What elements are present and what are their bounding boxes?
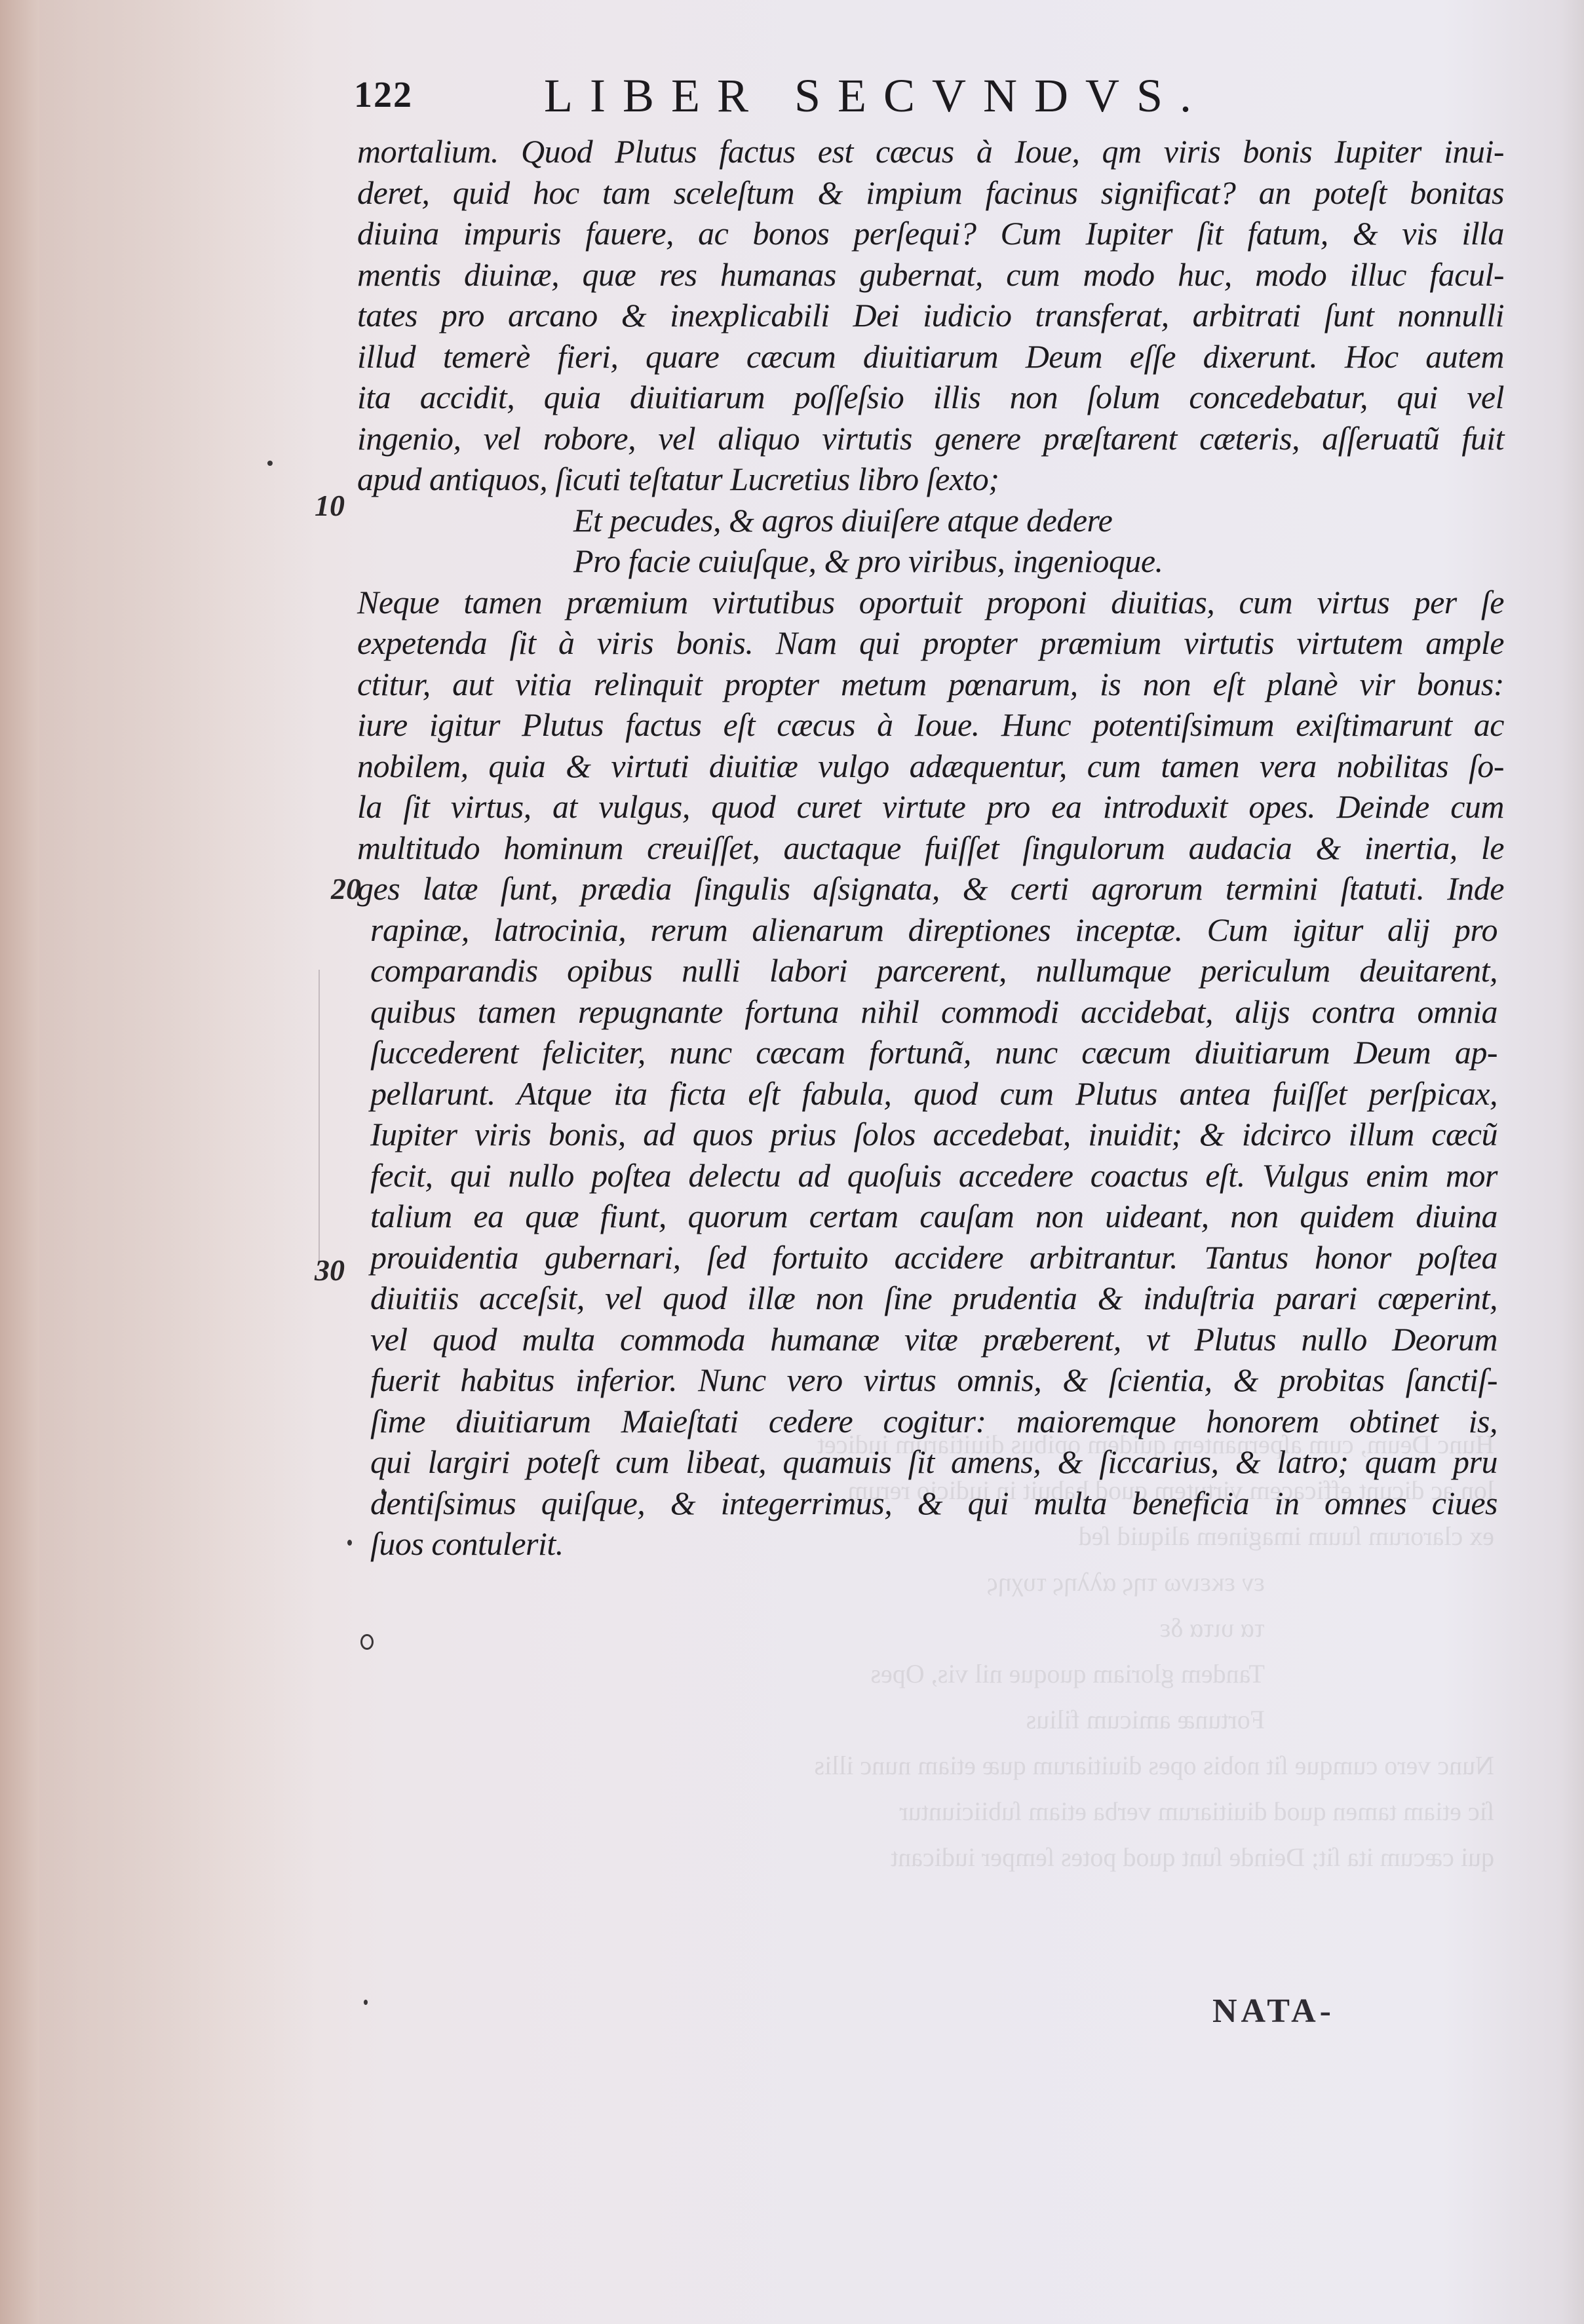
bleed-line: Nunc vero cumque ſit nobis opes diuitiar… — [367, 1743, 1494, 1789]
text-line: prouidentia gubernari, ſed fortuito acci… — [357, 1237, 1497, 1278]
text-line: ingenio, vel robore, vel aliquo virtutis… — [357, 418, 1504, 459]
verse-line: Pro facie cuiuſque, & pro viribus, ingen… — [357, 541, 1504, 582]
text-line: ſuos contulerit. — [357, 1523, 1497, 1565]
page-edge-shadow — [0, 0, 39, 2324]
bleed-line: εν εκεινω της αλλης τυχης — [367, 1559, 1494, 1605]
text-line: ſuccederent feliciter, nunc cæcam fortun… — [357, 1032, 1497, 1073]
text-line: dentiſsimus quiſque, & integerrimus, & q… — [357, 1483, 1497, 1524]
text-line: deret, quid hoc tam sceleſtum & impium f… — [357, 172, 1504, 214]
text-line: ſime diuitiarum Maieſtati cedere cogitur… — [357, 1401, 1497, 1442]
ink-speck — [360, 1634, 374, 1650]
page-body: mortalium. Quod Plutus factus est cæcus … — [357, 131, 1504, 1565]
text-line: ges latæ ſunt, prædia ſingulis aſsignata… — [357, 868, 1504, 909]
gutter-shading — [39, 0, 315, 2324]
text-line: Iupiter viris bonis, ad quos prius ſolos… — [357, 1114, 1497, 1155]
bleed-line: Tandem gloriam quoque nil vis, Opes — [367, 1651, 1494, 1697]
margin-line-number-30: 30 — [315, 1253, 345, 1287]
text-line: mortalium. Quod Plutus factus est cæcus … — [357, 131, 1504, 172]
text-line: Neque tamen præmium virtutibus oportuit … — [357, 582, 1504, 623]
text-line: iure igitur Plutus factus eſt cæcus à Io… — [357, 704, 1504, 746]
ink-speck — [364, 2000, 368, 2005]
text-line: mentis diuinæ, quæ res humanas gubernat,… — [357, 254, 1504, 295]
ink-speck — [347, 1540, 352, 1546]
margin-line-number-10: 10 — [315, 488, 345, 523]
text-line: diuitiis acceſsit, vel quod illæ non ſin… — [357, 1278, 1497, 1319]
text-line: rapinæ, latrocinia, rerum alienarum dire… — [357, 909, 1497, 951]
bleed-line: qui cæcum ita ſit; Deinde ſunt quod pote… — [367, 1835, 1494, 1880]
text-line: qui largiri poteſt cum libeat, quamuis ſ… — [357, 1441, 1497, 1483]
bleed-line: τα υιτα δε — [367, 1605, 1494, 1651]
ink-speck — [267, 461, 273, 466]
text-line: multitudo hominum creuiſſet, auctaque fu… — [357, 828, 1504, 869]
text-line: la ſit virtus, at vulgus, quod curet vir… — [357, 786, 1504, 828]
text-line: ctitur, aut vitia relinquit propter metu… — [357, 664, 1504, 705]
text-line: expetenda ſit à viris bonis. Nam qui pro… — [357, 622, 1504, 664]
text-line: fecit, qui nullo poſtea delectu ad quoſu… — [357, 1155, 1497, 1196]
text-line: comparandis opibus nulli labori parceren… — [357, 950, 1497, 991]
page-header: 122 LIBER SECVNDVS. — [354, 69, 1304, 128]
text-line: quibus tamen repugnante fortuna nihil co… — [357, 991, 1497, 1033]
bleed-line: Fortunæ amicum filius — [367, 1697, 1494, 1743]
text-line: fuerit habitus inferior. Nunc vero virtu… — [357, 1360, 1497, 1401]
text-line: tates pro arcano & inexplicabili Dei iud… — [357, 295, 1504, 336]
text-line: pellarunt. Atque ita ficta eſt fabula, q… — [357, 1073, 1497, 1114]
text-line: illud temerè fieri, quare cæcum diuitiar… — [357, 336, 1504, 377]
text-line: diuina impuris fauere, ac bonos perſequi… — [357, 213, 1504, 254]
text-line: nobilem, quia & virtuti diuitiæ vulgo ad… — [357, 746, 1504, 787]
verse-line: Et pecudes, & agros diuiſere atque deder… — [357, 500, 1504, 541]
page-number: 122 — [354, 74, 413, 116]
text-line: vel quod multa commoda humanæ vitæ præbe… — [357, 1319, 1497, 1360]
paper-fold-line — [319, 970, 320, 1265]
text-line: talium ea quæ fiunt, quorum certam cauſa… — [357, 1196, 1497, 1237]
catchword: NATA- — [1212, 1992, 1335, 2030]
text-line: apud antiquos, ſicuti teſtatur Lucretius… — [357, 459, 1504, 500]
running-head: LIBER SECVNDVS. — [544, 69, 1208, 123]
text-line: ita accidit, quia diuitiarum poſſeſsio i… — [357, 377, 1504, 418]
bleed-line: ſic etiam tamen quod diuitiarum verba et… — [367, 1789, 1494, 1835]
